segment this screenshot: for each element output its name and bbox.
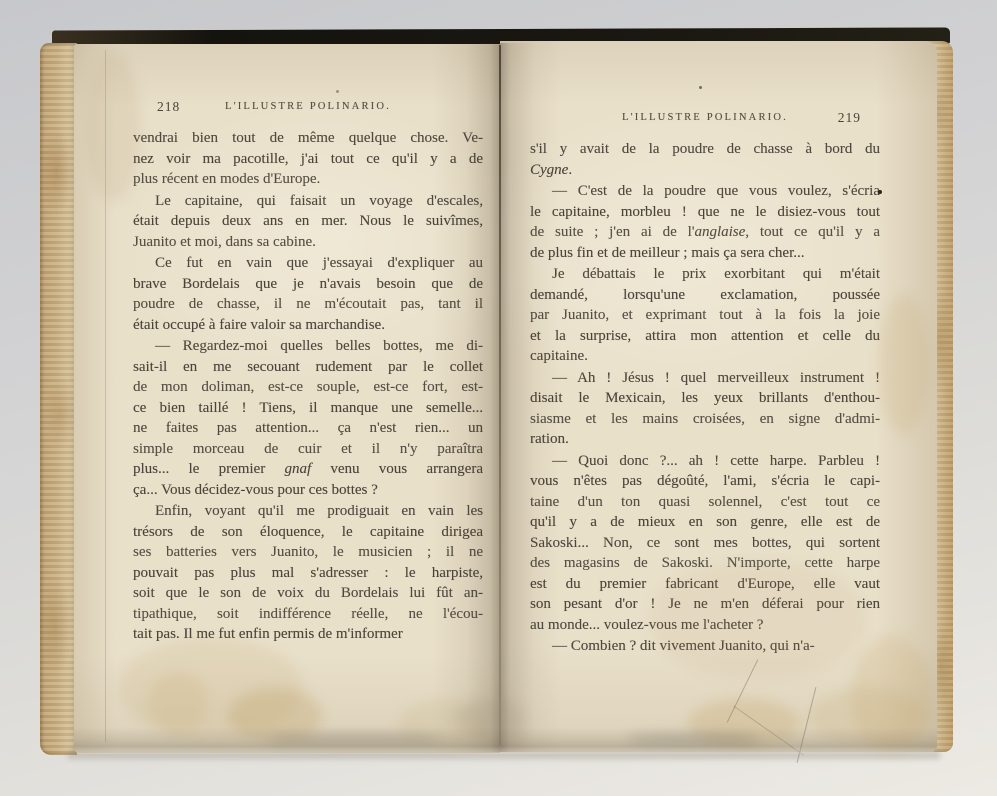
page-left-header: 218 L'ILLUSTRE POLINARIO.	[133, 101, 483, 119]
text-line: brave Bordelais que je n'avais besoin qu…	[133, 274, 483, 295]
paragraph: Ce fut en vain que j'essayai d'expliquer…	[133, 253, 483, 335]
text-line: de suite ; j'en ai de l'anglaise, tout c…	[530, 222, 880, 243]
page-number-right: 219	[838, 110, 861, 126]
text-line: par Juanito, et exprimant tout à la fois…	[530, 305, 880, 326]
book-gutter-line	[499, 45, 501, 745]
text-line: ration.	[530, 429, 880, 450]
text-line: trésors de son éloquence, le capitaine d…	[133, 522, 483, 543]
text-line: simple morceau de cuir et il n'y paraîtr…	[133, 439, 483, 460]
text-line: — C'est de la poudre que vous voulez, s'…	[530, 181, 880, 202]
ink-dot	[336, 90, 339, 93]
text-line: de mon doliman, est-ce souple, est-ce fo…	[133, 377, 483, 398]
text-line: plus... le premier gnaf venu vous arrang…	[133, 459, 483, 480]
text-line: — Regardez-moi quelles belles bottes, me…	[133, 336, 483, 357]
text-line: Le capitaine, qui faisait un voyage d'es…	[133, 191, 483, 212]
text-line: poudre de chasse, il ne m'écoutait pas, …	[133, 294, 483, 315]
running-title-right: L'ILLUSTRE POLINARIO.	[530, 112, 880, 123]
text-line: était depuis deux ans en mer. Nous le su…	[133, 211, 483, 232]
text-line: ses batteries vers Juanito, le musicien …	[133, 542, 483, 563]
text-line: et la surprise, attira mon attention et …	[530, 326, 880, 347]
text-line: demandé, lorsqu'une exclamation, poussée	[530, 285, 880, 306]
paragraph: — Ah ! Jésus ! quel merveilleux instrume…	[530, 368, 880, 450]
text-line: s'il y avait de la poudre de chasse à bo…	[530, 139, 880, 160]
text-line: nez voir ma pacotille, j'ai tout ce qu'i…	[133, 149, 483, 170]
text-line: Ce fut en vain que j'essayai d'expliquer…	[133, 253, 483, 274]
text-line: Cygne.	[530, 160, 880, 181]
left-fore-edge-pages	[40, 43, 77, 755]
page-left-text: vendrai bien tout de même quelque chose.…	[133, 128, 483, 646]
text-line: qu'il y a de mieux en son genre, elle es…	[530, 512, 880, 533]
paragraph: s'il y avait de la poudre de chasse à bo…	[530, 139, 880, 180]
text-line: Je débattais le prix exorbitant qui m'ét…	[530, 264, 880, 285]
ink-dot	[878, 190, 882, 194]
text-line: Sakoski... Non, ce sont mes bottes, qui …	[530, 533, 880, 554]
text-line: — Quoi donc ?... ah ! cette harpe. Parbl…	[530, 451, 880, 472]
text-line: siasme et les mains croisées, en signe d…	[530, 409, 880, 430]
page-right-header: L'ILLUSTRE POLINARIO. 219	[530, 112, 880, 130]
text-line: vendrai bien tout de même quelque chose.…	[133, 128, 483, 149]
ink-dot	[699, 86, 702, 89]
text-line: disait le Mexicain, les yeux brillants d…	[530, 388, 880, 409]
paragraph: Enfin, voyant qu'il me prodiguait en vai…	[133, 501, 483, 645]
paragraph: — C'est de la poudre que vous voulez, s'…	[530, 181, 880, 263]
text-line: soit que le son de voix du Bordelais lui…	[133, 583, 483, 604]
text-line: vous n'êtes pas dégoûté, l'ami, s'écria …	[530, 471, 880, 492]
text-line: sait-il en me secouant rudement par le c…	[133, 357, 483, 378]
text-line: ce bien taillé ! Tiens, il manque une se…	[133, 398, 483, 419]
text-line: ça... Vous décidez-vous pour ces bottes …	[133, 480, 483, 501]
stain-blob	[86, 52, 141, 202]
text-line: taine d'un ton quasi solennel, c'est tou…	[530, 492, 880, 513]
book-bottom-crease	[74, 727, 937, 754]
stain-blob	[878, 295, 930, 435]
text-line: était occupé à faire valoir sa marchandi…	[133, 315, 483, 336]
text-line: — Ah ! Jésus ! quel merveilleux instrume…	[530, 368, 880, 389]
text-line: tipathique, soit indifférence réelle, ne…	[133, 604, 483, 625]
photo-backdrop: 218 L'ILLUSTRE POLINARIO. L'ILLUSTRE POL…	[0, 0, 997, 796]
text-line: Enfin, voyant qu'il me prodiguait en vai…	[133, 501, 483, 522]
text-line: Juanito et moi, dans sa cabine.	[133, 232, 483, 253]
paragraph: vendrai bien tout de même quelque chose.…	[133, 128, 483, 190]
text-line: pouvait pas plus mal s'adresser : le har…	[133, 563, 483, 584]
paragraph: Le capitaine, qui faisait un voyage d'es…	[133, 191, 483, 253]
stain-blob	[148, 672, 208, 734]
stain-blob	[648, 560, 868, 680]
paragraph: — Regardez-moi quelles belles bottes, me…	[133, 336, 483, 500]
book-bottom-shadow	[68, 751, 940, 759]
running-title-left: L'ILLUSTRE POLINARIO.	[133, 101, 483, 112]
text-line: ne faites pas attention... ça n'est rien…	[133, 418, 483, 439]
text-line: capitaine.	[530, 346, 880, 367]
text-line: de plus fin et de meilleur ; mais ça ser…	[530, 243, 880, 264]
text-line: plus récent en modes d'Europe.	[133, 169, 483, 190]
text-line: le capitaine, morbleu ! que ne le disiez…	[530, 202, 880, 223]
paragraph: Je débattais le prix exorbitant qui m'ét…	[530, 264, 880, 367]
